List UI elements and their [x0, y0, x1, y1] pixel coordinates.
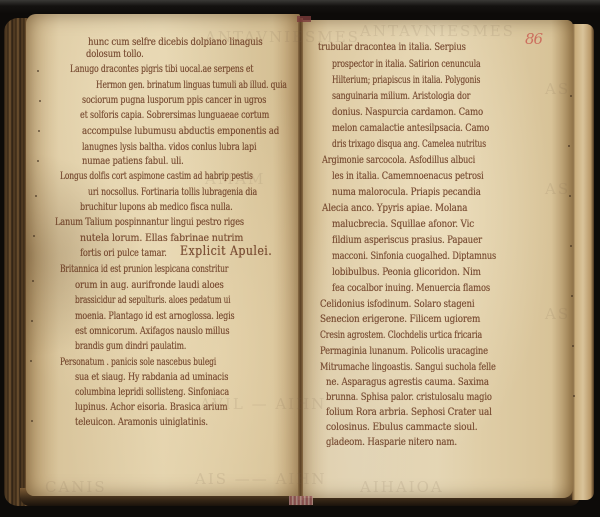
- text-line: Lanugo dracontes pigris tibi uocal.ae se…: [70, 63, 253, 75]
- text-line: Hilterium; priapiscus in italia. Polygon…: [332, 74, 480, 86]
- text-line: Lanum Talium pospinnantur lingui pestro …: [55, 216, 244, 228]
- text-line: brassicidur ad sepulturis. aloes pedatum…: [75, 294, 230, 306]
- text-line: prospector in italia. Satirion cenuncula: [332, 58, 480, 70]
- text-line: trubular dracontea in italia. Serpius: [318, 41, 466, 53]
- text-line: sanguinaria milium. Aristologia dor: [332, 90, 470, 102]
- text-line: lobibulbus. Peonia glicoridon. Nim: [332, 266, 481, 278]
- bleed-through: AS: [545, 305, 570, 323]
- text-line: colosinus. Ebulus cammacte sioul.: [326, 421, 477, 433]
- text-line: Permaginia lunanum. Policolis uracagine: [320, 345, 488, 357]
- text-line: orum in aug. aurifronde laudi aloes: [75, 279, 224, 291]
- text-line: hunc cum selfre dicebis dolpiano linagui…: [88, 36, 262, 48]
- text-line: Mitrumache lingoastis. Sangui suchola fe…: [320, 361, 496, 373]
- manuscript-photo: ANTAVNIESMES AMAM AVIL — AIHN AIS —— AIH…: [0, 0, 600, 517]
- bleed-through: CANIS: [45, 478, 107, 496]
- text-line: macconi. Sinfonia cuogalhed. Diptamnus: [332, 250, 496, 262]
- explicit-rubric: Explicit Apulei.: [180, 244, 272, 259]
- text-line: Argimonie sarcocola. Asfodillus albuci: [322, 154, 475, 166]
- bleed-through: AIHAIOA: [360, 478, 444, 496]
- text-line: Celidonius isfodinum. Solaro stageni: [320, 298, 474, 310]
- text-line: est omnicorum. Axifagos nauslo millus: [75, 325, 229, 337]
- text-line: Senecion erigerone. Filicem ugiorem: [320, 313, 480, 325]
- headband-top: [297, 16, 311, 22]
- folio-number: 86: [525, 30, 542, 48]
- text-line: dris trixago disqua ang. Camelea nutritu…: [332, 138, 486, 150]
- text-line: Hermon gen. brinatum linguas tumuli ab i…: [96, 79, 287, 91]
- text-line: fildium asperiscus prasius. Papauer: [332, 234, 482, 246]
- gutter: [298, 18, 303, 500]
- text-line: dolosum tollo.: [86, 48, 144, 60]
- text-line: accompulse lubumusu abductis emponentis …: [82, 125, 279, 137]
- bleed-through: ANTAVNIESMES: [360, 22, 515, 40]
- text-line: moenia. Plantago id est arnoglossa. legi…: [75, 310, 234, 322]
- text-line: numa malorocula. Priapis pecandia: [332, 186, 481, 198]
- text-line: nutela lorum. Ellas fabrinae nutrim: [80, 232, 243, 244]
- text-line: columbina lepridi sollisteng. Sinfoniaca: [75, 386, 229, 398]
- text-line: Longus dolfis cort aspimone castim ad ha…: [60, 170, 253, 182]
- text-line: Britannica id est prunion lespicana cons…: [60, 263, 228, 275]
- text-line: fortis ori pulce tamar.: [80, 247, 167, 259]
- text-line: sociorum pugna lusporum ppis cancer in u…: [82, 94, 266, 106]
- text-line: melon camalactie antesilpsacia. Camo: [332, 122, 489, 134]
- text-line: et solforis capia. Sobrersimas lunguaeae…: [80, 109, 269, 121]
- text-line: gladeom. Hasparie nitero nam.: [326, 436, 457, 448]
- text-line: brunna. Sphisa palor. cristulosalu magio: [326, 391, 492, 403]
- text-line: ne. Asparagus agrestis cauma. Saxima: [326, 376, 489, 388]
- text-line: Cresin agrostem. Clochdelis urtica frica…: [320, 329, 482, 341]
- text-line: malucbrecia. Squillae afonor. Vic: [332, 218, 474, 230]
- text-line: Alecia anco. Ypyris apiae. Molana: [322, 202, 467, 214]
- text-line: fea cocalbor inuing. Menuercia flamos: [332, 282, 490, 294]
- text-line: folium Rora arbria. Sephosi Crater ual: [326, 406, 492, 418]
- bleed-through: AS: [545, 180, 570, 198]
- text-line: lupinus. Achor eisoria. Brasica arium: [75, 401, 227, 413]
- text-line: Personatum . panicis sole nascebus buleg…: [60, 356, 216, 368]
- text-line: donius. Naspurcia cardamon. Camo: [332, 106, 483, 118]
- bleed-through: AS: [545, 80, 570, 98]
- text-line: bruchitur lupons ab medico fisca nulla.: [80, 201, 233, 213]
- text-line: les in italia. Camemnoenacus petrosi: [332, 170, 484, 182]
- text-line: numae patiens fabul. uli.: [82, 155, 184, 167]
- text-line: uri nocsollus. Fortinaria tollis lubrage…: [88, 186, 257, 198]
- right-page-stack: [572, 24, 594, 500]
- text-line: brandis gum dindri paulatim.: [75, 340, 186, 352]
- headband-bottom: [289, 496, 313, 505]
- text-line: lanugnes lysis baltha. vidos conlus lubr…: [82, 141, 256, 153]
- text-line: teleuicon. Aramonis uiniglatinis.: [75, 416, 208, 428]
- text-line: sua et siaug. Hy rabdania ad uminacis: [75, 371, 228, 383]
- bleed-through: AIS —— AIHN: [195, 470, 327, 488]
